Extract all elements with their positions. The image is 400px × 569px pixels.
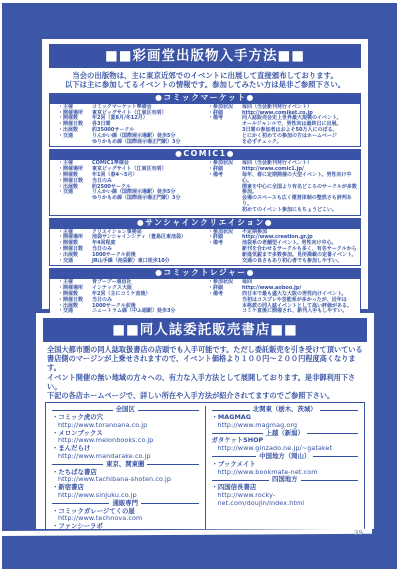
rule-line	[141, 503, 198, 504]
event-box: ●コミックトレジャー●・主催青ブーブー通信社・開催場所インテックス大阪・開催数年…	[49, 268, 361, 317]
region-label: 東京、関東圏	[106, 461, 144, 469]
detail-label: ・交通	[58, 259, 92, 265]
region-label: 中国地方（岡山）	[259, 453, 310, 461]
detail-label: ・備考	[208, 292, 242, 298]
detail-value: 同人誌販売会史上世界最大規模のイベント。 オールジャンルで、男性向は最終日に出展…	[242, 116, 358, 145]
event-title: ●COMIC1●	[49, 149, 361, 159]
detail-row: ・備考池袋系の老舗型イベント。男性向け中心。 新刊を合わせるサークルも多く、有名…	[208, 241, 358, 264]
event-title: ●コミックトレジャー●	[49, 268, 361, 278]
event-details-right: ・参加状況毎回（当会新刊発行イベント）・詳細http://www.comiket…	[208, 105, 358, 146]
intro-line: 書店側のマージンが上乗せされますので、イベント価格より１００円～２００円程度高く…	[47, 354, 363, 372]
event-details-left: ・主催青ブーブー通信社・開催場所インテックス大阪・開催数年2回（主にコミケ直後）…	[58, 280, 208, 315]
rule-line	[212, 456, 257, 457]
event-title: ●コミックマーケット●	[49, 93, 361, 103]
event-box: ●COMIC1●・主催COMIC1準備会・開催場所東京ビッグサイト（江東区有明）…	[49, 149, 361, 215]
rule-line	[307, 433, 358, 434]
rule-line	[313, 456, 358, 457]
detail-value: 毎年、春に定期開催の大型イベント。男性向け中心。 関東を中心に全国より有名どころ…	[242, 173, 358, 214]
intro-line: 当会の出版物は、主に東京近郊でのイベントに出展して直接頒布しております。	[44, 71, 366, 80]
detail-value: りんかい線（国際展示場駅）徒歩5分 ゆりかもめ線（国際展示場正門駅）3分	[92, 190, 208, 202]
rule-line	[212, 410, 250, 411]
page-background: ■■彩画堂出版物入手方法■■ 当会の出版物は、主に東京近郊でのイベントに出展して…	[2, 3, 397, 569]
detail-row: ・備考西日本で最も盛大な大阪の男性向けイベント。 当初はコスプレや芸能系が多かっ…	[208, 292, 358, 315]
shops-column-right: 北関東（栃木、茨城）・MAGMAGhttp://www.magmag.org上越…	[205, 406, 365, 546]
rule-line	[147, 464, 198, 465]
detail-row: ・交通りんかい線（国際展示場駅）徒歩5分 ゆりかもめ線（国際展示場正門駅）3分	[58, 190, 208, 202]
event-details-right: ・参加状況毎回（当会新刊発行イベント）・詳細http://www.comic1.…	[208, 161, 358, 213]
detail-value: JR山手線（池袋駅）東口徒歩10分	[92, 259, 208, 265]
publications-intro: 当会の出版物は、主に東京近郊でのイベントに出展して直接頒布しております。以下は主…	[44, 71, 366, 90]
shops-panel: ■■同人誌委託販売書店■■ 全国大都市圏の同人誌取扱書店の店頭でも入手可能です。…	[36, 313, 374, 529]
shops-box: 全国区・コミック虎の穴http://www.toranoana.co.jp・メロ…	[45, 402, 365, 550]
intro-line: イベント開催の無い地域の方々への、有力な入手方法として展開しております。是非御利…	[47, 373, 363, 391]
detail-value: 西日本で最も盛大な大阪の男性向けイベント。 当初はコスプレや芸能系が多かったが、…	[242, 292, 358, 315]
event-box: ●サンシャインクリエイション●・主催クリエイション事務局・開催場所池袋サンシャイ…	[49, 218, 361, 267]
intro-line: 以下は主に参加してるイベントの情報です。参加してみたい方は是非ご参照下さい。	[44, 80, 366, 89]
event-details-left: ・主催コミックマーケット準備会・開催場所東京ビッグサイト（江東区有明）・開催数年…	[58, 105, 208, 146]
region-label: 四国地方	[272, 476, 298, 484]
event-details-left: ・主催COMIC1準備会・開催場所東京ビッグサイト（江東区有明）・開催数年1回（…	[58, 161, 208, 213]
event-details-right: ・参加状況毎回・詳細http://www.aoboo.jp/・備考西日本で最も盛…	[208, 280, 358, 315]
publications-title: ■■彩画堂出版物入手方法■■	[49, 44, 361, 68]
event-details: ・主催青ブーブー通信社・開催場所インテックス大阪・開催数年2回（主にコミケ直後）…	[49, 278, 361, 317]
event-details: ・主催クリエイション事務局・開催場所池袋サンシャインシティ（豊島区東池袋）・開催…	[49, 228, 361, 267]
rule-line	[138, 410, 199, 411]
intro-line: 全国大都市圏の同人誌取扱書店の店頭でも入手可能です。ただし委託販売を引き受けて頂…	[47, 345, 363, 354]
rule-line	[320, 410, 358, 411]
event-details-right: ・参加状況不定期参加・詳細http://www.creation.gr.jp・備…	[208, 230, 358, 265]
detail-row: ・備考同人誌販売会史上世界最大規模のイベント。 オールジャンルで、男性向は最終日…	[208, 116, 358, 145]
page-number: 39	[354, 529, 363, 537]
detail-label: ・備考	[208, 173, 242, 179]
region-label: 上越（新潟）	[266, 430, 304, 438]
events-list: ●コミックマーケット●・主催コミックマーケット準備会・開催場所東京ビッグサイト（…	[42, 93, 368, 317]
event-details: ・主催COMIC1準備会・開催場所東京ビッグサイト（江東区有明）・開催数年1回（…	[49, 159, 361, 215]
region-label: 全国区	[116, 406, 135, 414]
shop-url: http://www.rocky-net.com/doujin/index.ht…	[212, 492, 359, 508]
detail-label: ・交通	[58, 134, 92, 140]
shops-title: ■■同人誌委託販売書店■■	[43, 318, 367, 342]
rule-line	[52, 503, 109, 504]
shops-intro: 全国大都市圏の同人誌取扱書店の店頭でも入手可能です。ただし委託販売を引き受けて頂…	[47, 345, 363, 400]
event-details: ・主催コミックマーケット準備会・開催場所東京ビッグサイト（江東区有明）・開催数年…	[49, 103, 361, 148]
detail-label: ・備考	[208, 116, 242, 122]
rule-line	[52, 464, 103, 465]
event-details-left: ・主催クリエイション事務局・開催場所池袋サンシャインシティ（豊島区東池袋）・開催…	[58, 230, 208, 265]
detail-row: ・交通JR山手線（池袋駅）東口徒歩10分	[58, 259, 208, 265]
detail-row: ・交通りんかい線（国際展示場駅）徒歩5分 ゆりかもめ線（国際展示場正門駅）3分	[58, 134, 208, 146]
publications-panel: ■■彩画堂出版物入手方法■■ 当会の出版物は、主に東京近郊でのイベントに出展して…	[42, 39, 368, 309]
rule-line	[301, 480, 358, 481]
rule-line	[212, 480, 269, 481]
detail-value: りんかい線（国際展示場駅）徒歩5分 ゆりかもめ線（国際展示場正門駅）3分	[92, 134, 208, 146]
detail-label: ・交通	[58, 190, 92, 196]
detail-label: ・備考	[208, 241, 242, 247]
region-label: 北関東（栃木、茨城）	[253, 406, 317, 414]
event-box: ●コミックマーケット●・主催コミックマーケット準備会・開催場所東京ビッグサイト（…	[49, 93, 361, 148]
shops-column-left: 全国区・コミック虎の穴http://www.toranoana.co.jp・メロ…	[46, 406, 205, 546]
event-title: ●サンシャインクリエイション●	[49, 218, 361, 228]
rule-line	[52, 410, 113, 411]
detail-row: ・備考毎年、春に定期開催の大型イベント。男性向け中心。 関東を中心に全国より有名…	[208, 173, 358, 214]
detail-value: 池袋系の老舗型イベント。男性向け中心。 新刊を合わせるサークルも多く、有名サーク…	[242, 241, 358, 264]
rule-line	[212, 433, 263, 434]
intro-line: 下記の各店ホームページで、詳しい所在や入手方法が紹介されてますのでご参照下さい。	[47, 391, 363, 400]
